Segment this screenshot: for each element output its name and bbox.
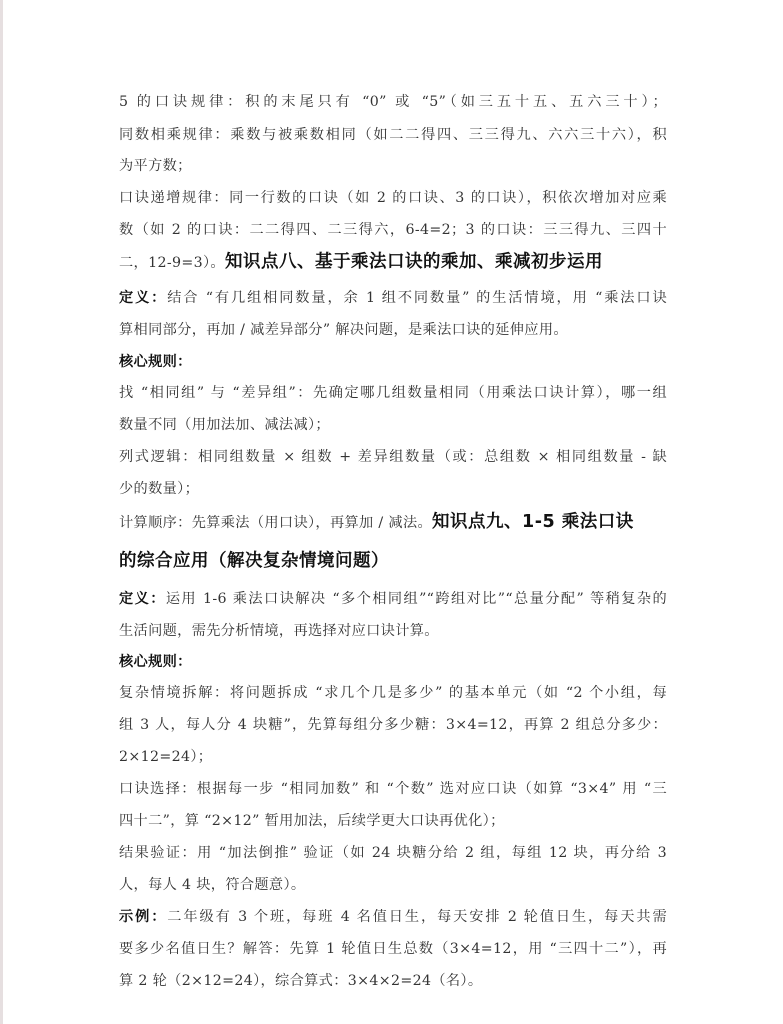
- definition-line: 定义：运用 1-6 乘法口诀解决 “多个相同组”“跨组对比”“总量分配” 等稍复…: [119, 589, 667, 609]
- section-9-heading-line: 的综合应用（解决复杂情境问题）: [119, 551, 389, 572]
- rule-line: 数量不同（用加法加、减法减）；: [119, 415, 330, 435]
- order-text: 计算顺序：先算乘法（用口诀），再算加 / 减法。: [119, 515, 432, 531]
- definition-text: 运用 1-6 乘法口诀解决 “多个相同组”“跨组对比”“总量分配” 等稍复杂的: [166, 591, 667, 607]
- section-8-heading-line: 二，12-9=3）。知识点八、基于乘法口诀的乘加、乘减初步运用: [119, 252, 603, 273]
- definition-line: 生活问题，需先分析情境，再选择对应口诀计算。: [119, 621, 439, 641]
- rule-line: 找 “相同组” 与 “差异组”：先确定哪几组数量相同（用乘法口诀计算），哪一组: [119, 383, 667, 403]
- rule-line: 2×12=24）；: [119, 747, 212, 767]
- example-text: 二年级有 3 个班，每班 4 名值日生，每天安排 2 轮值日生，每天共需: [167, 909, 667, 925]
- definition-label: 定义：: [119, 591, 166, 607]
- text-line: 同数相乘规律：乘数与被乘数相同（如二二得四、三三得九、六六三十六），积: [119, 125, 667, 145]
- page-edge-strip: [0, 0, 3, 1024]
- definition-line: 算相同部分，再加 / 减差异部分” 解决问题，是乘法口诀的延伸应用。: [119, 320, 568, 340]
- example-label: 示例：: [119, 909, 167, 925]
- section-heading: 知识点八、基于乘法口诀的乘加、乘减初步运用: [225, 252, 603, 272]
- section-heading-continued: 的综合应用（解决复杂情境问题）: [119, 551, 389, 571]
- example-line: 要多少名值日生？解答：先算 1 轮值日生总数（3×4=12，用 “三四十二”），…: [119, 939, 667, 959]
- text-line: 口诀递增规律：同一行数的口诀（如 2 的口诀、3 的口诀），积依次增加对应乘: [119, 188, 667, 208]
- lead-text: 二，12-9=3）。: [119, 255, 225, 271]
- text-line: 为平方数；: [119, 156, 192, 176]
- rule-line: 组 3 人，每人分 4 块糖”，先算每组分多少糖：3×4=12，再算 2 组总分…: [119, 715, 667, 735]
- section-heading: 知识点九、1-5 乘法口诀: [432, 512, 634, 532]
- definition-label: 定义：: [119, 290, 167, 306]
- definition-text: 结合 “有几组相同数量，余 1 组不同数量” 的生活情境，用 “乘法口诀: [167, 290, 667, 306]
- example-line: 示例：二年级有 3 个班，每班 4 名值日生，每天安排 2 轮值日生，每天共需: [119, 907, 667, 927]
- text-line: 5 的口诀规律：积的末尾只有 “0” 或 “5”（如三五十五、五六三十）；: [119, 92, 667, 112]
- rule-line: 复杂情境拆解：将问题拆成 “求几个几是多少” 的基本单元（如 “2 个小组，每: [119, 683, 667, 703]
- rule-line: 少的数量）；: [119, 479, 199, 499]
- example-line: 算 2 轮（2×12=24），综合算式：3×4×2=24（名）。: [119, 971, 482, 991]
- rule-line: 结果验证：用 “加法倒推” 验证（如 24 块糖分给 2 组，每组 12 块，再…: [119, 843, 667, 863]
- definition-line: 定义：结合 “有几组相同数量，余 1 组不同数量” 的生活情境，用 “乘法口诀: [119, 288, 667, 308]
- rule-line: 四十二”，算 “2×12” 暂用加法，后续学更大口诀再优化）；: [119, 811, 505, 831]
- core-rules-label: 核心规则：: [119, 652, 192, 672]
- rule-line: 口诀选择：根据每一步 “相同加数” 和 “个数” 选对应口诀（如算 “3×4” …: [119, 779, 667, 799]
- rule-line: 列式逻辑：相同组数量 × 组数 + 差异组数量（或：总组数 × 相同组数量 - …: [119, 447, 667, 467]
- text-line: 数（如 2 的口诀：二二得四、二三得六，6-4=2；3 的口诀：三三得九、三四十: [119, 220, 667, 240]
- rule-line: 人，每人 4 块，符合题意）。: [119, 875, 305, 895]
- order-and-section-9-line: 计算顺序：先算乘法（用口诀），再算加 / 减法。知识点九、1-5 乘法口诀: [119, 512, 634, 533]
- core-rules-label: 核心规则：: [119, 352, 192, 372]
